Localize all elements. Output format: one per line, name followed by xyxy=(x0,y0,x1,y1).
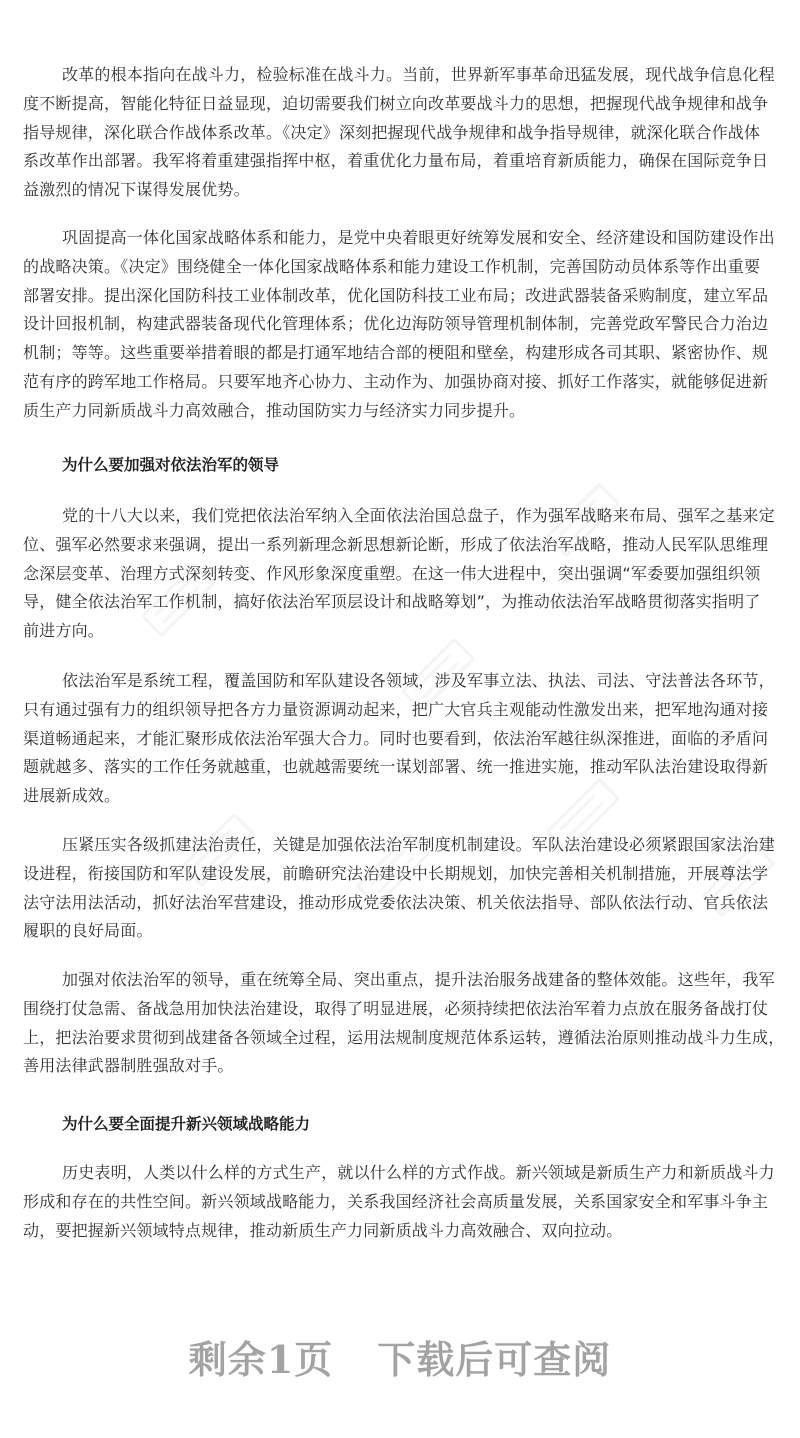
text-line: 渠道畅通起来，才能汇聚形成依法治军强大合力。同时也要看到，依法治军越往纵深推进，… xyxy=(23,725,783,754)
text-line: 益激烈的情况下谋得发展优势。 xyxy=(23,176,783,205)
download-to-read-more-button[interactable]: 剩余1页下载后可查阅 xyxy=(0,1335,800,1385)
paragraph: 改革的根本指向在战斗力，检验标准在战斗力。当前，世界新军事革命迅猛发展，现代战争… xyxy=(23,61,783,205)
text-line: 围绕打仗急需、备战急用加快法治建设，取得了明显进展，必须持续把依法治军着力点放在… xyxy=(23,995,783,1024)
text-line: 设进程，衔接国防和军队建设发展，前瞻研究法治建设中长期规划，加快完善相关机制措施… xyxy=(23,860,783,889)
text-line: 动，要把握新兴领域特点规律，推动新质生产力同新质战斗力高效融合、双向拉动。 xyxy=(23,1217,783,1246)
text-line: 念深层变革、治理方式深刻转变、作风形象深度重塑。在这一伟大进程中，突出强调“军委… xyxy=(23,560,783,589)
text-line: 善用法律武器制胜强敌对手。 xyxy=(23,1052,783,1081)
text-line: 形成和存在的共性空间。新兴领域战略能力，关系我国经济社会高质量发展，关系国家安全… xyxy=(23,1188,783,1217)
text-line: 机制；等等。这些重要举措着眼的都是打通军地结合部的梗阻和壁垒，构建形成各司其职、… xyxy=(23,339,783,368)
text-line: 设计回报机制，构建武器装备现代化管理体系；优化边海防领导管理机制体制，完善党政军… xyxy=(23,310,783,339)
text-line: 历史表明，人类以什么样的方式生产，就以什么样的方式作战。新兴领域是新质生产力和新… xyxy=(23,1159,783,1188)
text-line: 位、强军必然要求来强调，提出一系列新理念新思想新论断，形成了依法治军战略，推动人… xyxy=(23,531,783,560)
text-line: 前进方向。 xyxy=(23,617,783,646)
paragraph: 加强对依法治军的领导，重在统筹全局、突出重点，提升法治服务战建备的整体效能。这些… xyxy=(23,966,783,1081)
download-prompt-label[interactable]: 下载后可查阅 xyxy=(377,1337,611,1382)
document-page: 改革的根本指向在战斗力，检验标准在战斗力。当前，世界新军事革命迅猛发展，现代战争… xyxy=(0,0,800,1438)
text-line: 题就越多、落实的工作任务就越重，也就越需要统一谋划部署、统一推进实施，推动军队法… xyxy=(23,753,783,782)
text-line: 系改革作出部署。我军将着重建强指挥中枢，着重优化力量布局，着重培育新质能力，确保… xyxy=(23,147,783,176)
text-line: 履职的良好局面。 xyxy=(23,917,783,946)
text-line: 范有序的跨军地工作格局。只要军地齐心协力、主动作为、加强协商对接、抓好工作落实，… xyxy=(23,368,783,397)
text-line: 加强对依法治军的领导，重在统筹全局、突出重点，提升法治服务战建备的整体效能。这些… xyxy=(23,966,783,995)
text-line: 依法治军是系统工程，覆盖国防和军队建设各领域，涉及军事立法、执法、司法、守法普法… xyxy=(23,667,783,696)
paragraph: 压紧压实各级抓建法治责任，关键是加强依法治军制度机制建设。军队法治建设必须紧跟国… xyxy=(23,831,783,946)
remaining-pages-label[interactable]: 剩余1页 xyxy=(189,1337,333,1382)
paragraph: 党的十八大以来，我们党把依法治军纳入全面依法治国总盘子，作为强军战略来布局、强军… xyxy=(23,502,783,646)
paragraph: 依法治军是系统工程，覆盖国防和军队建设各领域，涉及军事立法、执法、司法、守法普法… xyxy=(23,667,783,811)
text-line: 法守法用法活动，抓好法治军营建设，推动形成党委依法决策、机关依法指导、部队依法行… xyxy=(23,889,783,918)
paragraph: 历史表明，人类以什么样的方式生产，就以什么样的方式作战。新兴领域是新质生产力和新… xyxy=(23,1159,783,1245)
section-heading: 为什么要全面提升新兴领域战略能力 xyxy=(62,1112,310,1136)
text-line: 改革的根本指向在战斗力，检验标准在战斗力。当前，世界新军事革命迅猛发展，现代战争… xyxy=(23,61,783,90)
section-heading: 为什么要加强对依法治军的领导 xyxy=(62,453,279,477)
text-line: 的战略决策。《决定》围绕健全一体化国家战略体系和能力建设工作机制，完善国防动员体… xyxy=(23,253,783,282)
text-line: 只有通过强有力的组织领导把各方力量资源调动起来，把广大官兵主观能动性激发出来，把… xyxy=(23,696,783,725)
text-line: 质生产力同新质战斗力高效融合，推动国防实力与经济实力同步提升。 xyxy=(23,397,783,426)
text-line: 巩固提高一体化国家战略体系和能力，是党中央着眼更好统筹发展和安全、经济建设和国防… xyxy=(23,224,783,253)
text-line: 上，把法治要求贯彻到战建备各领域全过程，运用法规制度规范体系运转，遵循法治原则推… xyxy=(23,1024,783,1053)
text-line: 部署安排。提出深化国防科技工业体制改革，优化国防科技工业布局；改进武器装备采购制… xyxy=(23,282,783,311)
text-line: 指导规律，深化联合作战体系改革。《决定》深刻把握现代战争规律和战争指导规律，就深… xyxy=(23,119,783,148)
text-line: 进展新成效。 xyxy=(23,782,783,811)
paragraph: 巩固提高一体化国家战略体系和能力，是党中央着眼更好统筹发展和安全、经济建设和国防… xyxy=(23,224,783,426)
text-line: 党的十八大以来，我们党把依法治军纳入全面依法治国总盘子，作为强军战略来布局、强军… xyxy=(23,502,783,531)
text-line: 度不断提高，智能化特征日益显现，迫切需要我们树立向改革要战斗力的思想，把握现代战… xyxy=(23,90,783,119)
text-line: 导，健全依法治军工作机制，搞好依法治军顶层设计和战略筹划”，为推动依法治军战略贯… xyxy=(23,588,783,617)
text-line: 压紧压实各级抓建法治责任，关键是加强依法治军制度机制建设。军队法治建设必须紧跟国… xyxy=(23,831,783,860)
